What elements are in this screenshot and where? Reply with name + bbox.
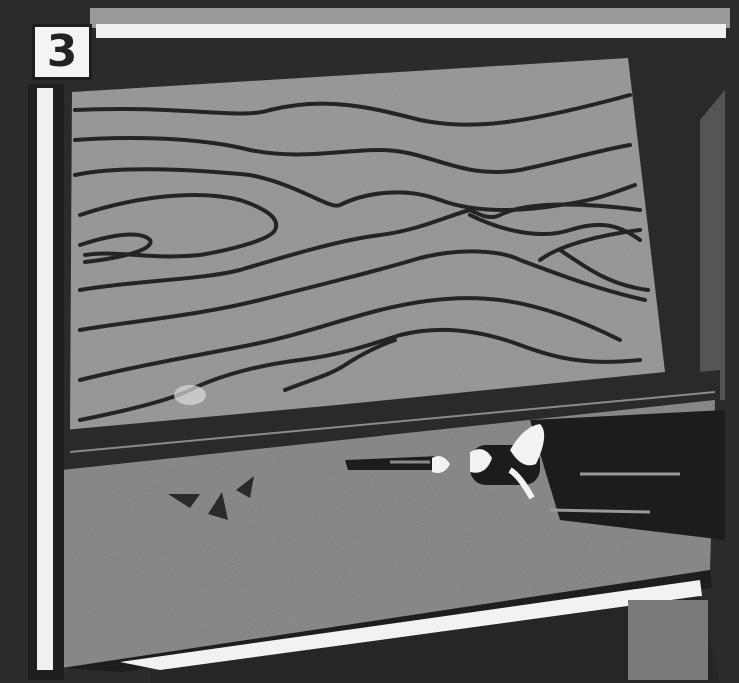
illustration: 3 [0, 0, 739, 683]
step-number-badge: 3 [32, 24, 92, 80]
wood-grain-panel [70, 58, 665, 432]
scene [0, 0, 739, 683]
left-frame-strip [28, 84, 64, 680]
right-side-wall [700, 90, 725, 400]
top-frame-strip [90, 8, 730, 38]
